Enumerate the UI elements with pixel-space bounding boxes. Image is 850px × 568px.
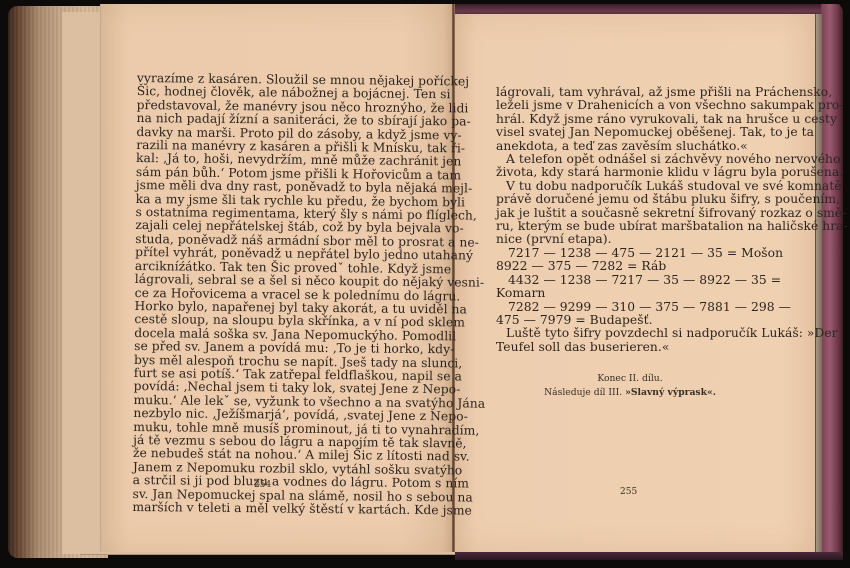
text-line: visel svatej Jan Nepomuckej oběšenej. Ta… — [496, 126, 780, 139]
text-line: V tu dobu nadporučík Lukáš studoval ve s… — [496, 180, 780, 193]
text-line: lágrovali, tam vyhrával, až jsme přišli … — [496, 86, 780, 99]
page-number-left: 254 — [254, 480, 271, 490]
text-line: hrál. Když jsme ráno vyrukovali, tak na … — [496, 113, 780, 126]
cipher-line: 475 — 7979 = Budapešť. — [496, 314, 780, 327]
text-line: ru, kterým se bude ubírat maršbatalion n… — [496, 220, 780, 233]
text-line: právě doručené jemu od štábu pluku šifry… — [496, 193, 780, 206]
text-line: jak je luštit a současně sekretní šifrov… — [496, 207, 780, 220]
text-line: Teufel soll das buserieren.« — [496, 341, 780, 354]
text-line: života, kdy stará harmonie klidu v lágru… — [496, 166, 780, 179]
text-line: leželi jsme v Drahenicích a von všechno … — [496, 99, 780, 112]
cover-bottom-edge — [455, 552, 843, 560]
left-page-body: vyrazíme z kasáren. Sloužil se mnou něja… — [132, 72, 411, 517]
text-line: nice (první etapa). — [496, 233, 780, 246]
text-line: Luště tyto šifry povzdechl si nadporučík… — [496, 327, 780, 340]
right-page-body: lágrovali, tam vyhrával, až jsme přišli … — [496, 86, 780, 354]
next-part-title: »Slavný výprask«. — [625, 387, 716, 398]
cipher-line: 8922 — 375 — 7282 = Ráb — [496, 260, 780, 273]
next-part-prefix: Následuje díl III. — [544, 387, 625, 398]
open-book: vyrazíme z kasáren. Sloužil se mnou něja… — [0, 0, 850, 568]
cipher-line: 4432 — 1238 — 7217 — 35 — 8922 — 35 = — [496, 274, 780, 287]
cipher-line: 7282 — 9299 — 310 — 375 — 7881 — 298 — — [496, 301, 780, 314]
text-line: anekdota, a teď zas zavěsím sluchátko.« — [496, 140, 780, 153]
end-of-part-note: Konec II. dílu. — [540, 373, 720, 384]
next-part-note: Následuje díl III. »Slavný výprask«. — [530, 387, 730, 398]
page-number-right: 255 — [620, 487, 637, 497]
text-line: marších v teleti a měl velký štěstí v ka… — [132, 501, 406, 517]
cipher-line: Komarn — [496, 287, 780, 300]
cipher-line: 7217 — 1238 — 475 — 2121 — 35 = Mošon — [496, 247, 780, 260]
text-line: A telefon opět odnášel si záchvěvy novéh… — [496, 153, 780, 166]
